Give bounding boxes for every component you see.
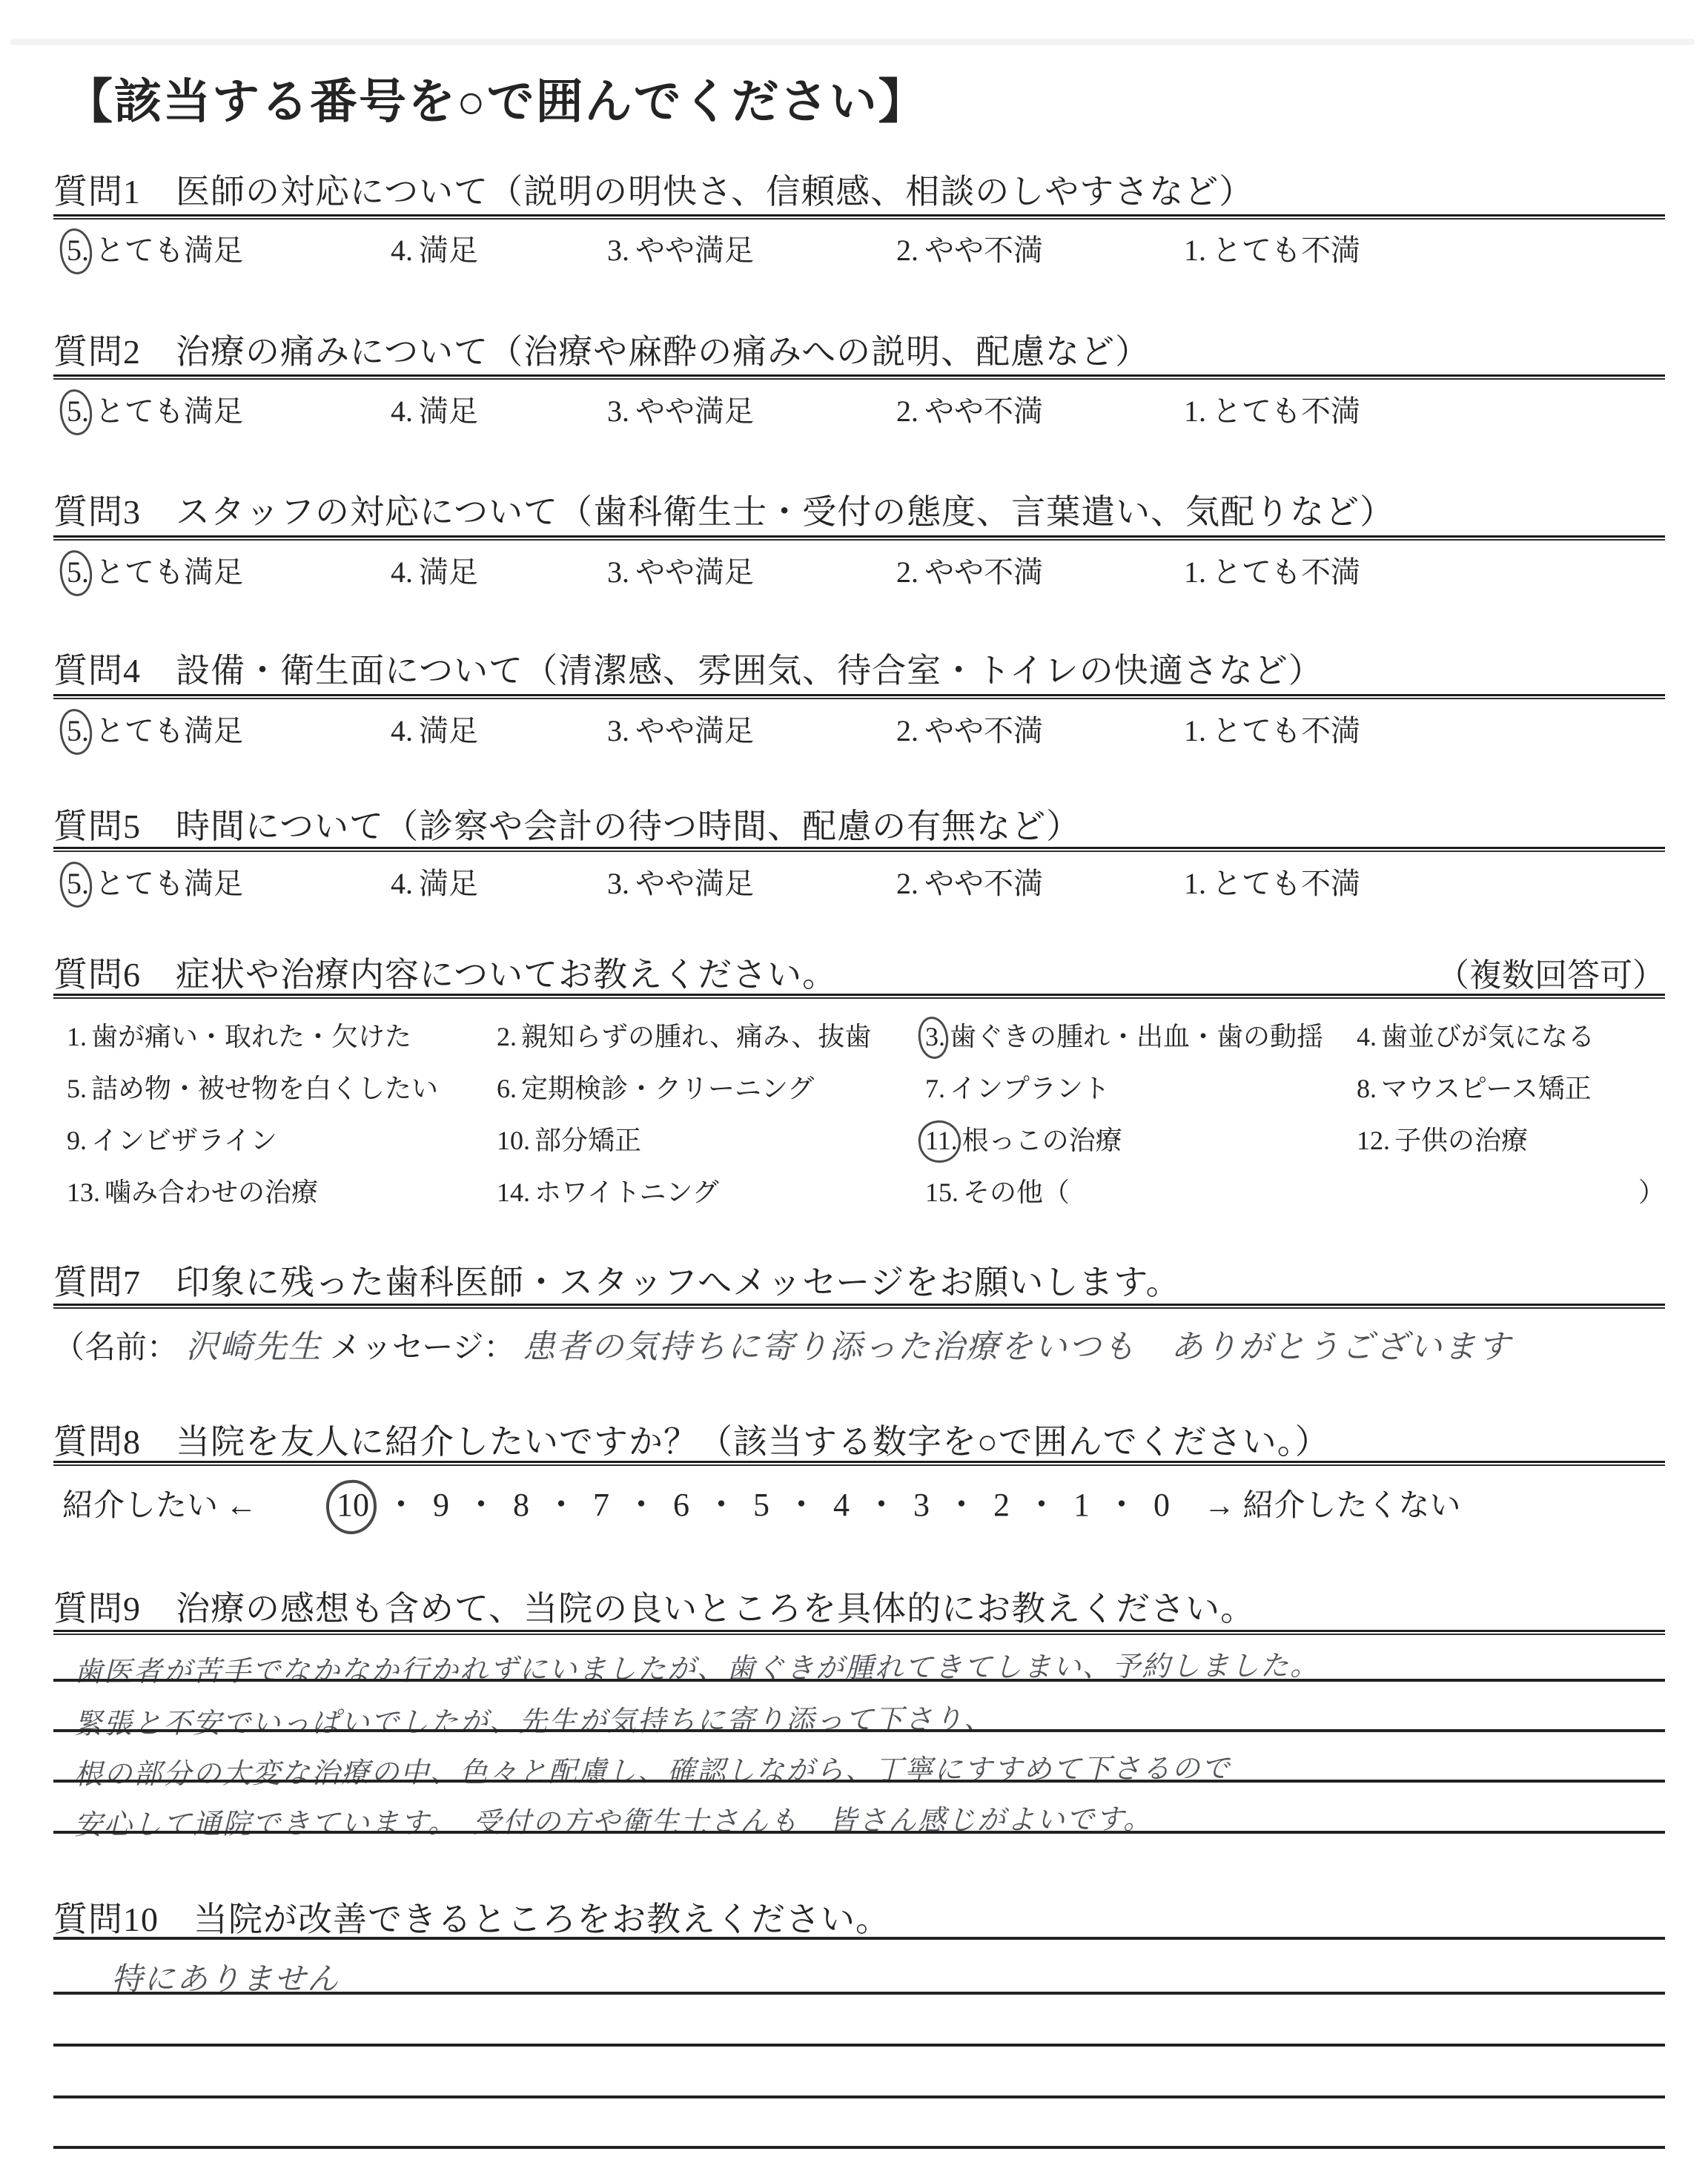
treatment-option: 1.歯が痛い・取れた・欠けた (67, 1016, 497, 1054)
question-6-title: 質問6 症状や治療内容についてお教えください。 (53, 948, 837, 997)
circled-answer: 10 (337, 1486, 369, 1524)
ruled-line (53, 1729, 1665, 1732)
scale-option: 5.とても満足 (67, 227, 391, 269)
name-handwritten: 沢崎先生 (186, 1328, 322, 1366)
treatment-option: 2.親知らずの腫れ、痛み、抜歯 (497, 1016, 925, 1054)
question-4-title: 質問4 設備・衛生面について（清潔感、雰囲気、待合室・トイレの快適さなど） (53, 644, 1665, 693)
circled-answer: 3. (925, 1021, 945, 1052)
nps-number: 2 (993, 1486, 1010, 1524)
question-5-scale: 5.とても満足 4.満足 3.やや満足 2.やや不満 1.とても不満 (67, 860, 1665, 902)
circled-answer: 5. (67, 233, 89, 268)
question-8-title: 質問8 当院を友人に紹介したいですか？（該当する数字を○で囲んでください。） (53, 1415, 1665, 1464)
scale-option: 3.やや満足 (607, 549, 896, 591)
name-label: （名前： (53, 1331, 178, 1365)
question-1-scale: 5.とても満足 4.満足 3.やや満足 2.やや不満 1.とても不満 (67, 227, 1665, 269)
scale-option: 4.満足 (391, 549, 607, 591)
nps-number: 5 (753, 1486, 769, 1524)
treatment-option-other: 15.その他（） (925, 1172, 1665, 1209)
treatment-option: 8.マウスピース矯正 (1357, 1068, 1665, 1106)
scale-option: 1.とても不満 (1184, 707, 1665, 750)
q9-handwritten-line: 安心して通院できています。 受付の方や衛生士さんも 皆さん感じがよいです。 (74, 1793, 1665, 1842)
ruled-line (53, 1831, 1665, 1834)
scale-option: 1.とても不満 (1184, 388, 1665, 430)
nps-number: 7 (593, 1486, 609, 1524)
scale-option: 3.やや満足 (607, 227, 896, 269)
nps-number: 1 (1073, 1486, 1090, 1524)
divider (53, 535, 1665, 541)
divider (53, 694, 1665, 699)
treatment-option: 3.歯ぐきの腫れ・出血・歯の動揺 (925, 1016, 1357, 1054)
scale-option: 2.やや不満 (896, 707, 1184, 750)
ruled-line (53, 1780, 1665, 1783)
treatment-option: 14.ホワイトニング (497, 1172, 925, 1209)
message-label: メッセージ： (330, 1331, 514, 1365)
scale-option: 5.とても満足 (67, 388, 391, 430)
question-4-scale: 5.とても満足 4.満足 3.やや満足 2.やや不満 1.とても不満 (67, 707, 1665, 750)
scale-option: 1.とても不満 (1184, 549, 1665, 591)
scale-option: 4.満足 (391, 860, 607, 902)
scale-option: 3.やや満足 (607, 860, 896, 902)
question-5-title: 質問5 時間について（診察や会計の待つ時間、配慮の有無など） (53, 799, 1665, 848)
treatment-option: 11.根っこの治療 (925, 1120, 1357, 1157)
q9-handwritten-line: 緊張と不安でいっぱいでしたが、先生が気持ちに寄り添って下さり、 (74, 1692, 1665, 1741)
page-title: 【該当する番号を○で囲んでください】 (65, 64, 1665, 132)
question-6-options: 1.歯が痛い・取れた・欠けた 2.親知らずの腫れ、痛み、抜歯 3.歯ぐきの腫れ・… (67, 1016, 1665, 1223)
nps-number: 4 (833, 1486, 850, 1524)
circled-answer: 5. (67, 866, 89, 901)
nps-number: 8 (513, 1486, 529, 1524)
ruled-line (53, 1992, 1665, 1995)
scale-option: 4.満足 (391, 227, 607, 269)
nps-number: 6 (673, 1486, 689, 1524)
scale-option: 2.やや不満 (896, 860, 1184, 902)
question-7-answer-line: （名前： 沢崎先生 メッセージ： 患者の気持ちに寄り添った治療をいつも ありがと… (53, 1320, 1665, 1367)
divider (53, 847, 1665, 852)
divider (53, 1461, 1665, 1466)
multiple-answers-note: （複数回答可） (1437, 948, 1665, 996)
treatment-option: 7.インプラント (925, 1068, 1357, 1106)
divider (53, 374, 1665, 380)
divider (53, 214, 1665, 219)
question-8-scale: 紹介したい ← 10 ・ 9 ・ 8 ・ 7 ・ 6 ・ 5 ・ 4 ・ 3 ・… (62, 1478, 1665, 1525)
question-2-title: 質問2 治療の痛みについて（治療や麻酔の痛みへの説明、配慮など） (53, 325, 1665, 374)
scale-option: 3.やや満足 (607, 707, 896, 750)
ruled-line (53, 1679, 1665, 1682)
recommend-label: 紹介したい ← (62, 1481, 337, 1525)
ruled-line (53, 1937, 1665, 1940)
ruled-line (53, 2044, 1665, 2047)
circled-answer: 5. (67, 555, 89, 589)
question-9-title: 質問9 治療の感想も含めて、当院の良いところを具体的にお教えください。 (53, 1582, 1665, 1631)
question-10-title: 質問10 当院が改善できるところをお教えください。 (53, 1892, 1665, 1941)
scan-artifact-band (10, 39, 1695, 45)
scale-option: 1.とても不満 (1184, 227, 1665, 269)
ruled-line (53, 2095, 1665, 2098)
question-3-scale: 5.とても満足 4.満足 3.やや満足 2.やや不満 1.とても不満 (67, 549, 1665, 591)
treatment-option: 9.インビザライン (67, 1120, 497, 1157)
message-handwritten: 患者の気持ちに寄り添った治療をいつも ありがとうございます (523, 1328, 1512, 1366)
treatment-option: 4.歯並びが気になる (1357, 1016, 1665, 1054)
other-close-paren: ） (1638, 1172, 1665, 1209)
q9-handwritten-line: 歯医者が苦手でなかなか行かれずにいましたが、歯ぐきが腫れてきてしまい、予約しまし… (74, 1640, 1665, 1689)
nps-numbers: 10 ・ 9 ・ 8 ・ 7 ・ 6 ・ 5 ・ 4 ・ 3 ・ 2 ・ 1 ・… (337, 1478, 1170, 1525)
scale-option: 4.満足 (391, 707, 607, 750)
q9-handwritten-line: 根の部分の大変な治療の中、色々と配慮し、確認しながら、丁寧にすすめて下さるので (74, 1743, 1665, 1791)
question-1-title: 質問1 医師の対応について（説明の明快さ、信頼感、相談のしやすさなど） (53, 165, 1665, 214)
treatment-option: 10.部分矯正 (497, 1120, 925, 1157)
question-6-header: 質問6 症状や治療内容についてお教えください。 （複数回答可） (53, 948, 1665, 997)
nps-number: 9 (433, 1486, 449, 1524)
treatment-option: 5.詰め物・被せ物を白くしたい (67, 1068, 497, 1106)
scale-option: 2.やや不満 (896, 388, 1184, 430)
scale-option: 5.とても満足 (67, 549, 391, 591)
ruled-line (53, 2146, 1665, 2149)
scale-option: 2.やや不満 (896, 549, 1184, 591)
circled-answer: 11. (925, 1125, 958, 1156)
treatment-option: 13.噛み合わせの治療 (67, 1172, 497, 1209)
not-recommend-label: → 紹介したくない (1204, 1481, 1461, 1525)
question-3-title: 質問3 スタッフの対応について（歯科衛生士・受付の態度、言葉遣い、気配りなど） (53, 485, 1665, 534)
circled-answer: 5. (67, 394, 89, 429)
question-7-title: 質問7 印象に残った歯科医師・スタッフへメッセージをお願いします。 (53, 1255, 1665, 1304)
treatment-option: 12.子供の治療 (1357, 1120, 1665, 1157)
divider (53, 1304, 1665, 1309)
treatment-option: 6.定期検診・クリーニング (497, 1068, 925, 1106)
divider (53, 994, 1665, 999)
scale-option: 1.とても不満 (1184, 860, 1665, 902)
circled-answer: 5. (67, 713, 89, 748)
scale-option: 2.やや不満 (896, 227, 1184, 269)
divider (53, 1630, 1665, 1635)
nps-number: 0 (1153, 1486, 1170, 1524)
nps-number: 3 (913, 1486, 930, 1524)
survey-scan-page: { "page": { "title": "【該当する番号を○で囲んでください】… (0, 0, 1708, 2160)
scale-option: 5.とても満足 (67, 860, 391, 902)
scale-option: 3.やや満足 (607, 388, 896, 430)
scale-option: 5.とても満足 (67, 707, 391, 750)
question-2-scale: 5.とても満足 4.満足 3.やや満足 2.やや不満 1.とても不満 (67, 388, 1665, 430)
scale-option: 4.満足 (391, 388, 607, 430)
